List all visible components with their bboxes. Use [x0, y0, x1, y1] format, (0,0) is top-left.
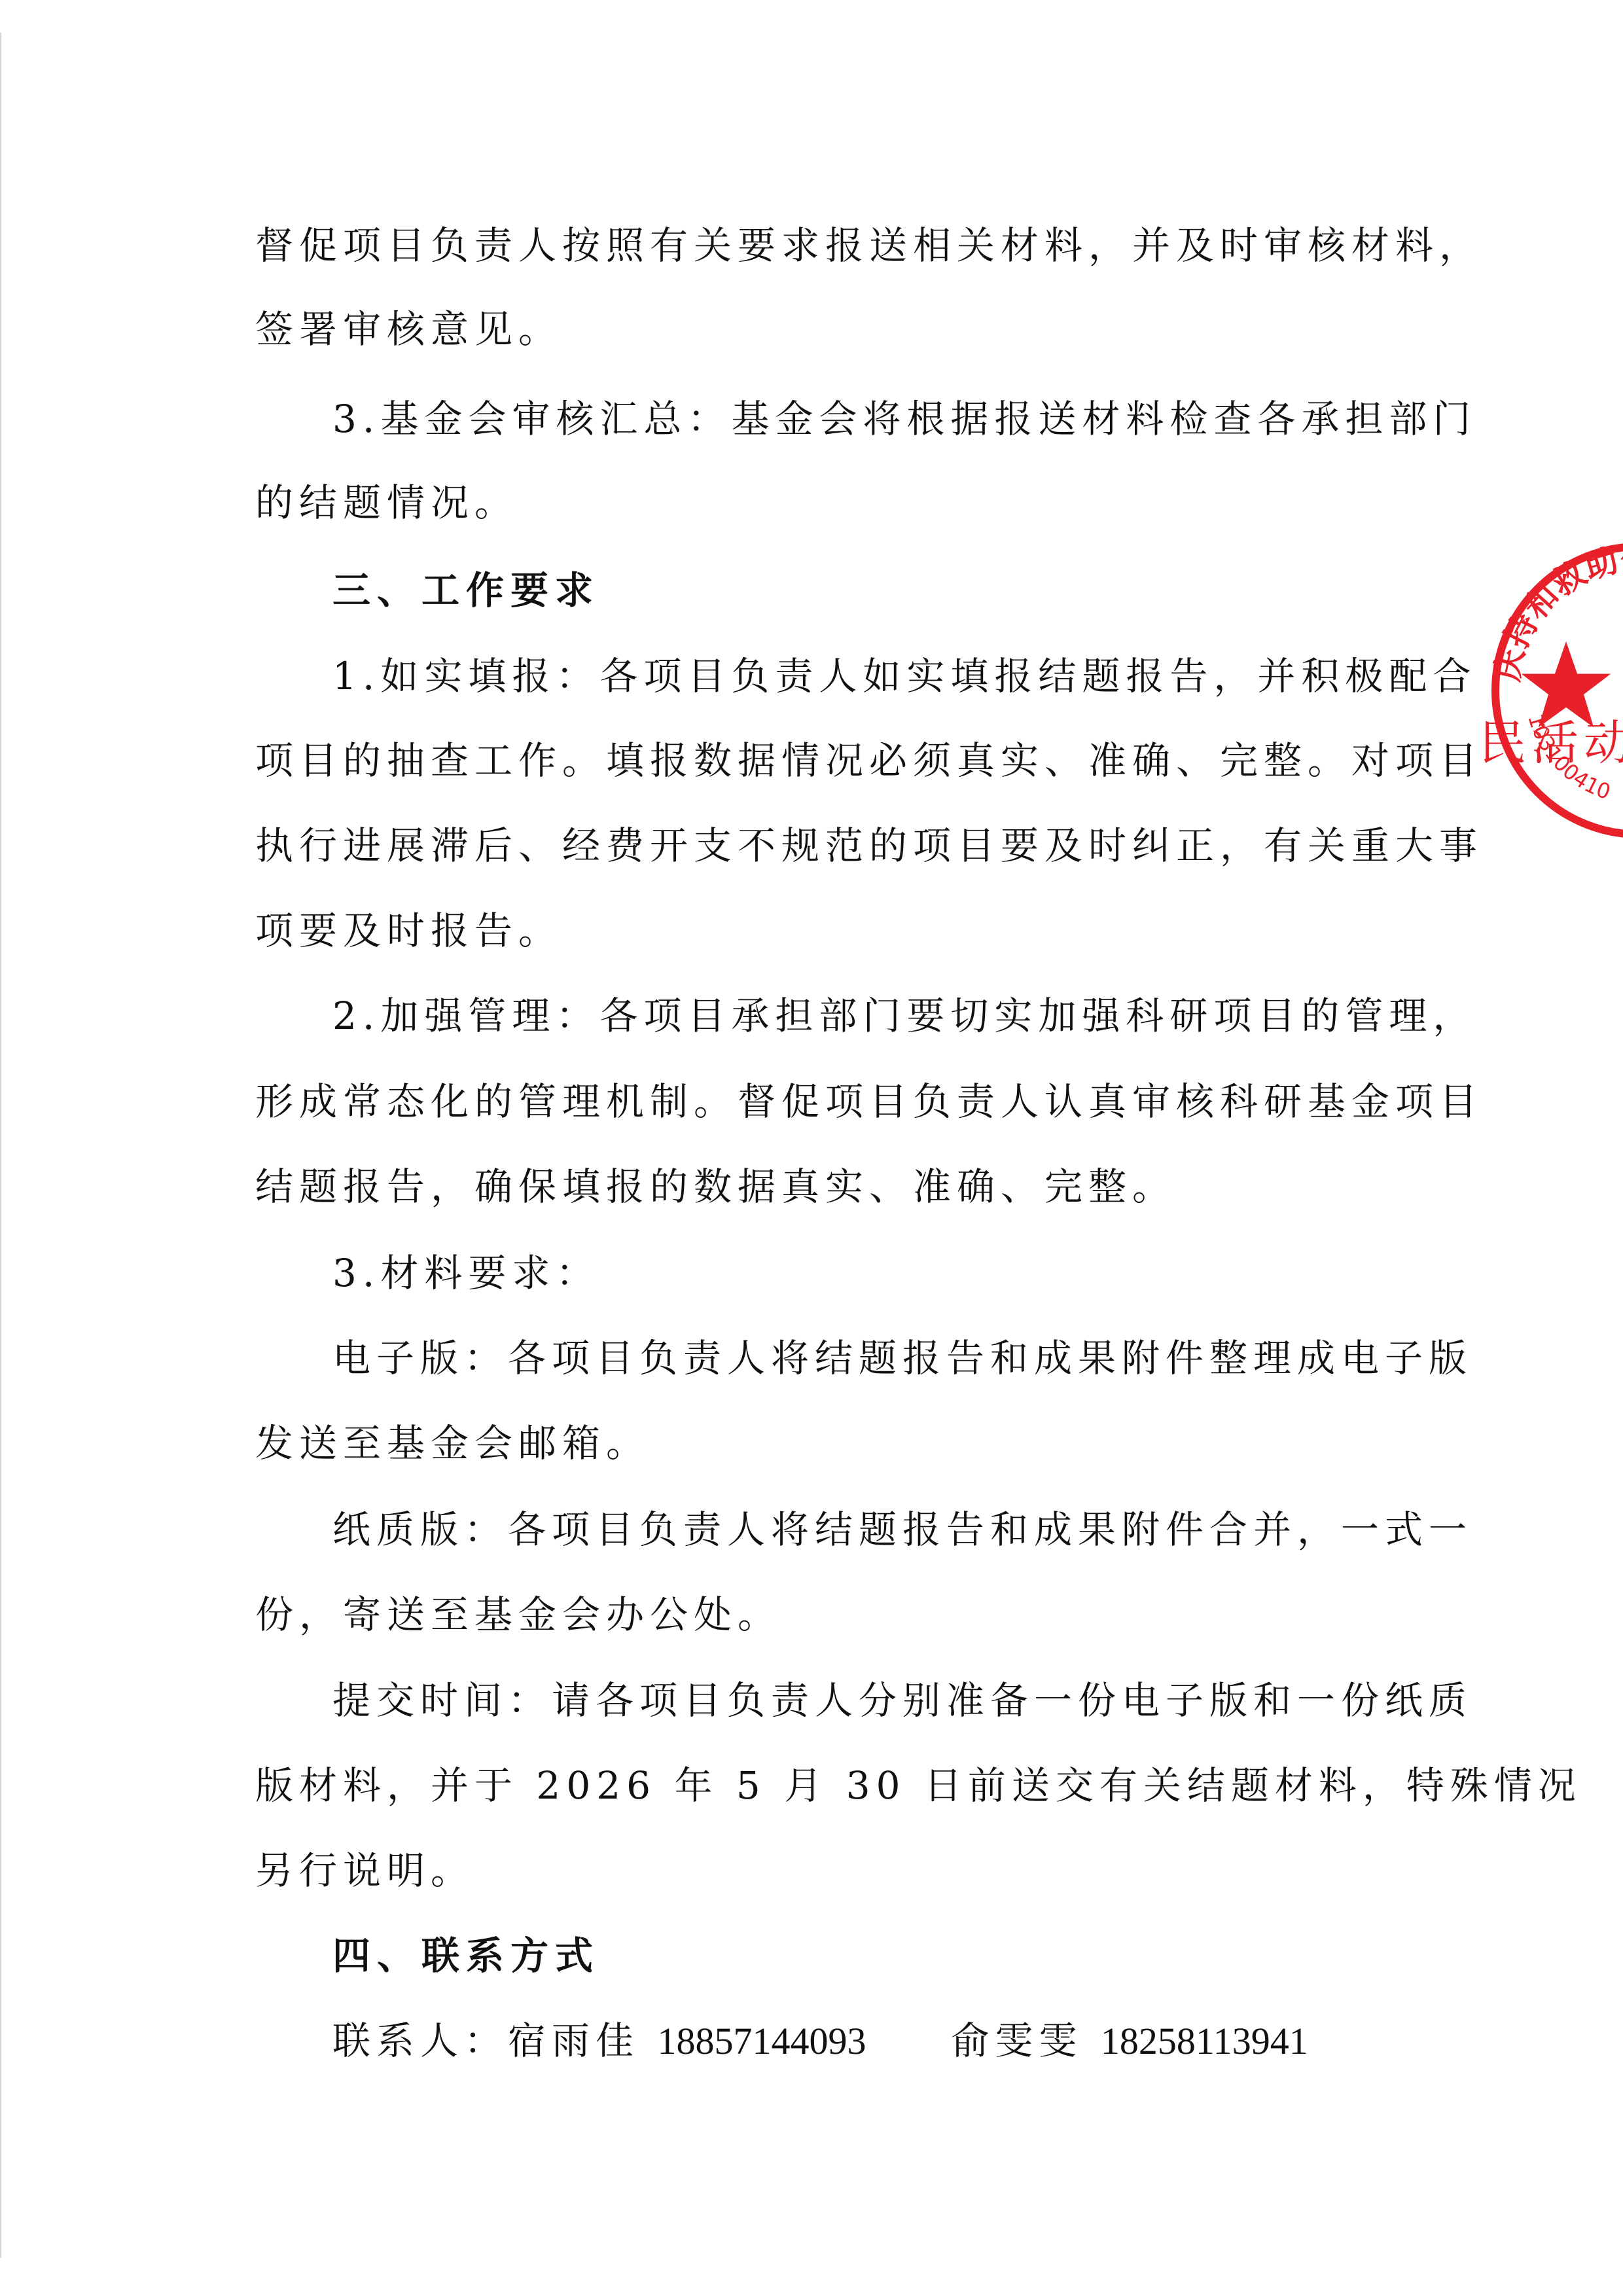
paragraph-line: 签署审核意见。 — [255, 303, 562, 355]
paragraph-line: 发送至基金会邮箱。 — [255, 1417, 650, 1469]
seal-graphic: 庆持和救助公益 民活动 103100410 — [1482, 533, 1623, 848]
paragraph-line: 的结题情况。 — [255, 476, 518, 529]
paragraph-line: 2.加强管理：各项目承担部门要切实加强科研项目的管理， — [332, 990, 1476, 1042]
seal-top-text: 庆持和救助公益 — [1488, 539, 1623, 685]
paragraph-line: 督促项目负责人按照有关要求报送相关材料，并及时审核材料， — [255, 219, 1483, 272]
star-icon — [1522, 641, 1611, 727]
section-heading-work-requirements: 三、工作要求 — [332, 564, 599, 617]
paragraph-line: 执行进展滞后、经费开支不规范的项目要及时纠正，有关重大事 — [255, 819, 1483, 872]
paragraph-line: 3.材料要求： — [332, 1247, 599, 1299]
contact-name-2: 俞雯雯 — [951, 2018, 1082, 2063]
paragraph-line: 项要及时报告。 — [255, 905, 562, 957]
contact-label: 联系人： — [332, 2018, 508, 2063]
paragraph-line: 提交时间：请各项目负责人分别准备一份电子版和一份纸质 — [332, 1674, 1472, 1727]
paragraph-line: 形成常态化的管理机制。督促项目负责人认真审核科研基金项目 — [255, 1075, 1483, 1128]
contact-phone-1: 18857144093 — [657, 2020, 866, 2062]
paragraph-line: 项目的抽查工作。填报数据情况必须真实、准确、完整。对项目 — [255, 734, 1483, 787]
official-seal: 庆持和救助公益 民活动 103100410 — [1482, 533, 1623, 848]
paragraph-line: 3.基金会审核汇总：基金会将根据报送材料检查各承担部门 — [332, 393, 1476, 445]
contact-line: 联系人：宿雨佳 18857144093俞雯雯 18258113941 — [332, 2015, 1308, 2068]
contact-name-1: 宿雨佳 — [508, 2018, 639, 2063]
paragraph-line-deadline: 版材料，并于 2026 年 5 月 30 日前送交有关结题材料，特殊情况 — [255, 1759, 1582, 1812]
paragraph-line: 结题报告，确保填报的数据真实、准确、完整。 — [255, 1160, 1176, 1213]
paragraph-line: 纸质版：各项目负责人将结题报告和成果附件合并，一式一 — [332, 1503, 1472, 1556]
paragraph-line: 电子版：各项目负责人将结题报告和成果附件整理成电子版 — [332, 1332, 1472, 1384]
scan-edge-line — [0, 33, 1, 2258]
paragraph-line: 另行说明。 — [255, 1844, 474, 1897]
paragraph-line: 份，寄送至基金会办公处。 — [255, 1588, 781, 1641]
section-heading-contact: 四、联系方式 — [332, 1929, 599, 1982]
paragraph-line: 1.如实填报：各项目负责人如实填报结题报告，并积极配合 — [332, 650, 1476, 702]
contact-phone-2: 18258113941 — [1101, 2020, 1308, 2062]
svg-text:庆持和救助公益: 庆持和救助公益 — [1488, 539, 1623, 685]
